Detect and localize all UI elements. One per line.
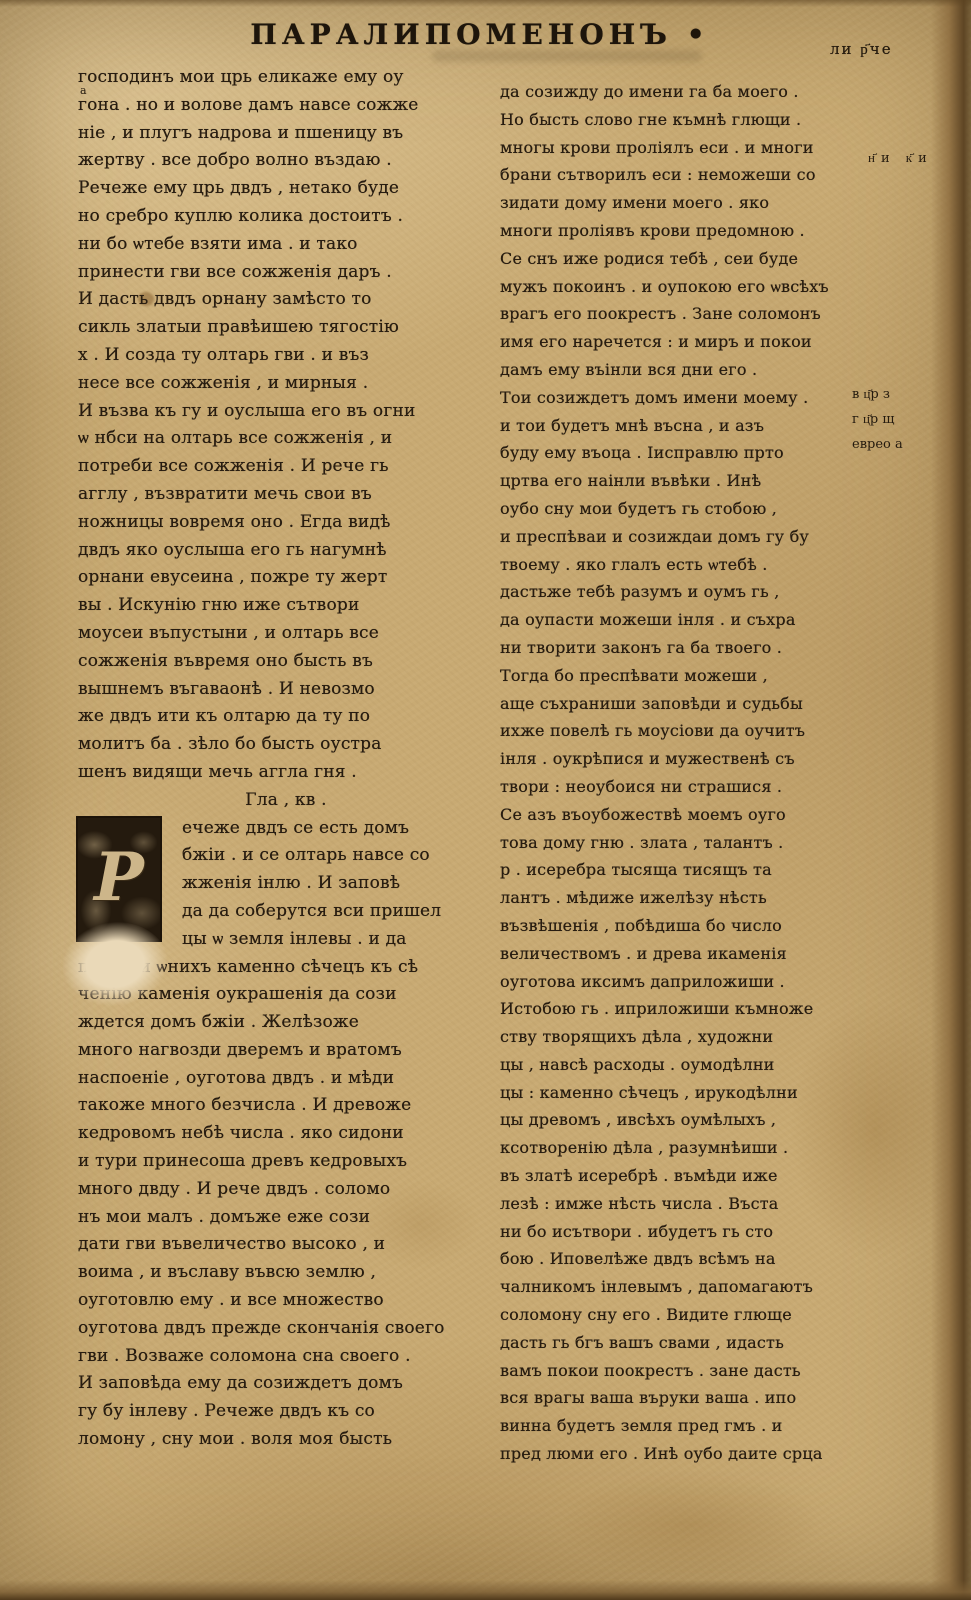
text-line: такоже много безчисла . И древоже	[78, 1092, 494, 1120]
text-line: мужъ покоинъ . и оупокою его ѡвсѣхъ	[500, 273, 862, 301]
text-line: господинъ мои црь еликаже ему оу	[78, 64, 494, 92]
text-line: оуготова иксимъ даприложиши .	[500, 968, 862, 996]
text-line: орнани евусеина , пожре ту жерт	[78, 564, 494, 592]
text-line: Тогда бо преспѣвати можеши ,	[500, 662, 862, 690]
text-line: принести гви все сожженія даръ .	[78, 259, 494, 287]
folio-note: ли р҃че	[830, 40, 940, 59]
text-line: величествомъ . и древа икаменія	[500, 940, 862, 968]
text-line: гона . но и волове дамъ навсе сожже	[78, 92, 494, 120]
text-line: И дасть двдъ орнану замѣсто то	[78, 286, 494, 314]
text-line: да оупасти можеши інля . и съхра	[500, 606, 862, 634]
text-line: лантъ . мѣдиже ижелѣзу нѣсть	[500, 884, 862, 912]
text-column-right: да созижду до имени га ба моего .Но быст…	[500, 78, 862, 1468]
text-line: Тои созиждетъ домъ имени моему .	[500, 384, 862, 412]
text-line: воима , и въславу въвсю землю ,	[78, 1259, 494, 1287]
text-line: потреби все сожженія . И рече гь	[78, 453, 494, 481]
text-line: кедровомъ небѣ числа . яко сидони	[78, 1120, 494, 1148]
text-line: ждется домъ бжіи . Желѣзоже	[78, 1009, 494, 1037]
text-line: твори : неоубоися ни страшися .	[500, 773, 862, 801]
text-line: това дому гню . злата , талантъ .	[500, 829, 862, 857]
text-line: Но бысть слово гне къмнѣ глющи .	[500, 106, 862, 134]
text-line: наспоеніе , оуготова двдъ . и мѣди	[78, 1065, 494, 1093]
text-line: агглу , възвратити мечь свои въ	[78, 481, 494, 509]
text-line: много двду . И рече двдъ . соломо	[78, 1176, 494, 1204]
text-line: многы крови проліялъ еси . и многи	[500, 134, 862, 162]
text-line: оуготова двдъ прежде скончанія своего	[78, 1315, 494, 1343]
text-line: ни бо ѡтебе взяти има . и тако	[78, 231, 494, 259]
text-line: нъ мои малъ . домъже еже сози	[78, 1204, 494, 1232]
text-line: р . исеребра тысяща тисящъ та	[500, 856, 862, 884]
text-line: въ златѣ исеребрѣ . въмѣди иже	[500, 1162, 862, 1190]
text-line: ніе , и плугъ надрова и пшеницу въ	[78, 120, 494, 148]
text-line: винна будетъ земля пред гмъ . и	[500, 1412, 862, 1440]
text-line: многи проліявъ крови предомною .	[500, 217, 862, 245]
running-title: ПАРАЛИПОМЕНОНЪ •	[240, 18, 720, 51]
text-line: оубо сну мои будетъ гь стобою ,	[500, 495, 862, 523]
initial-letter-R: Р	[94, 844, 144, 910]
text-line: оуготовлю ему . и все множество	[78, 1287, 494, 1315]
text-line: и преспѣваи и созиждаи домъ гу бу	[500, 523, 862, 551]
text-line: ству творящихъ дѣла , художни	[500, 1023, 862, 1051]
text-line: И заповѣда ему да созиждетъ домъ	[78, 1370, 494, 1398]
text-line: гви . Возваже соломона сна своего .	[78, 1343, 494, 1371]
text-line: цы : каменно сѣчецъ , ирукодѣлни	[500, 1079, 862, 1107]
text-line: інля . оукрѣпися и мужественѣ съ	[500, 745, 862, 773]
text-line: моусеи въпустыни , и олтарь все	[78, 620, 494, 648]
text-line: но сребро куплю колика достоитъ .	[78, 203, 494, 231]
text-line: Гла , кв .	[78, 787, 494, 815]
page-edge-bottom	[0, 1580, 971, 1600]
page-edge-right	[931, 0, 971, 1600]
text-line: дати гви въвеличество высоко , и	[78, 1231, 494, 1259]
text-line: шенъ видящи мечь аггла гня .	[78, 759, 494, 787]
text-line: жертву . все добро волно въздаю .	[78, 147, 494, 175]
book-page: ПАРАЛИПОМЕНОНЪ • ли р҃че н҃и к҃и а в ц҃р…	[0, 0, 971, 1600]
text-line: цртва его наінли въвѣки . Инѣ	[500, 467, 862, 495]
text-line: зидати дому имени моего . яко	[500, 189, 862, 217]
text-line: аще съхраниши заповѣди и судьбы	[500, 690, 862, 718]
text-line: соломону сну его . Видите глюще	[500, 1301, 862, 1329]
text-line: вышнемъ въгаваонѣ . И невозмо	[78, 676, 494, 704]
text-line: молитъ ба . зѣло бо бысть оустра	[78, 731, 494, 759]
text-line: вся врагы ваша въруки ваша . ипо	[500, 1384, 862, 1412]
page-edge-top	[0, 0, 971, 7]
text-line: дастьже тебѣ разумъ и оумъ гь ,	[500, 578, 862, 606]
text-line: врагъ его поокрестъ . Зане соломонъ	[500, 300, 862, 328]
text-line: бою . Иповелѣже двдъ всѣмъ на	[500, 1245, 862, 1273]
text-line: брани сътворилъ еси : неможеши со	[500, 161, 862, 189]
text-line: да созижду до имени га ба моего .	[500, 78, 862, 106]
text-line: х . И созда ту олтарь гви . и въз	[78, 342, 494, 370]
text-line: ломону , сну мои . воля моя бысть	[78, 1426, 494, 1454]
text-line: дамъ ему въінли вся дни его .	[500, 356, 862, 384]
text-line: Речеже ему црь двдъ , нетако буде	[78, 175, 494, 203]
text-line: цы древомъ , ивсѣхъ оумѣлыхъ ,	[500, 1106, 862, 1134]
text-line: ихже повелѣ гь моусіови да оучитъ	[500, 717, 862, 745]
text-line: буду ему въоца . Іисправлю прто	[500, 439, 862, 467]
text-line: вы . Искунію гню иже сътвори	[78, 592, 494, 620]
text-line: лезѣ : имже нѣсть числа . Въста	[500, 1190, 862, 1218]
text-line: же двдъ ити къ олтарю да ту по	[78, 703, 494, 731]
text-line: Се азъ въоубожествѣ моемъ оуго	[500, 801, 862, 829]
text-line: Се снъ иже родися тебѣ , сеи буде	[500, 245, 862, 273]
text-line: цы , навсѣ расходы . оумодѣлни	[500, 1051, 862, 1079]
text-line: Истобою гь . иприложиши къмноже	[500, 995, 862, 1023]
text-line: сикль златыи правѣишею тягостію	[78, 314, 494, 342]
text-line: дасть гь бгъ вашъ свами , идасть	[500, 1329, 862, 1357]
text-line: много нагвозди дверемъ и вратомъ	[78, 1037, 494, 1065]
paper-stain	[560, 1470, 820, 1580]
text-line: и тои будетъ мнѣ въсна , и азъ	[500, 412, 862, 440]
text-line: и тури принесоша древъ кедровыхъ	[78, 1148, 494, 1176]
text-line: И възва къ гу и оуслыша его въ огни	[78, 398, 494, 426]
text-line: гу бу інлеву . Речеже двдъ къ со	[78, 1398, 494, 1426]
text-line: вамъ покои поокрестъ . зане дасть	[500, 1357, 862, 1385]
text-line: ни творити законъ га ба твоего .	[500, 634, 862, 662]
text-line: твоему . яко глалъ есть ѡтебѣ .	[500, 551, 862, 579]
text-line: несе все сожженія , и мирныя .	[78, 370, 494, 398]
text-line: чалникомъ інлевымъ , дапомагаютъ	[500, 1273, 862, 1301]
ink-showthrough	[432, 50, 702, 62]
text-line: възвѣшенія , побѣдиша бо число	[500, 912, 862, 940]
text-line: ксотворенію дѣла , разумнѣиши .	[500, 1134, 862, 1162]
text-line: двдъ яко оуслыша его гь нагумнѣ	[78, 537, 494, 565]
text-column-left: господинъ мои црь еликаже ему оугона . н…	[78, 64, 494, 1454]
text-line: пред люми его . Инѣ оубо даите срца	[500, 1440, 862, 1468]
text-line: ни бо исътвори . ибудетъ гь сто	[500, 1218, 862, 1246]
text-line: ножницы вовремя оно . Егда видѣ	[78, 509, 494, 537]
text-line: ѡ нбси на олтарь все сожженія , и	[78, 425, 494, 453]
text-line: имя его наречется : и миръ и покои	[500, 328, 862, 356]
text-line: сожженія въвремя оно бысть въ	[78, 648, 494, 676]
